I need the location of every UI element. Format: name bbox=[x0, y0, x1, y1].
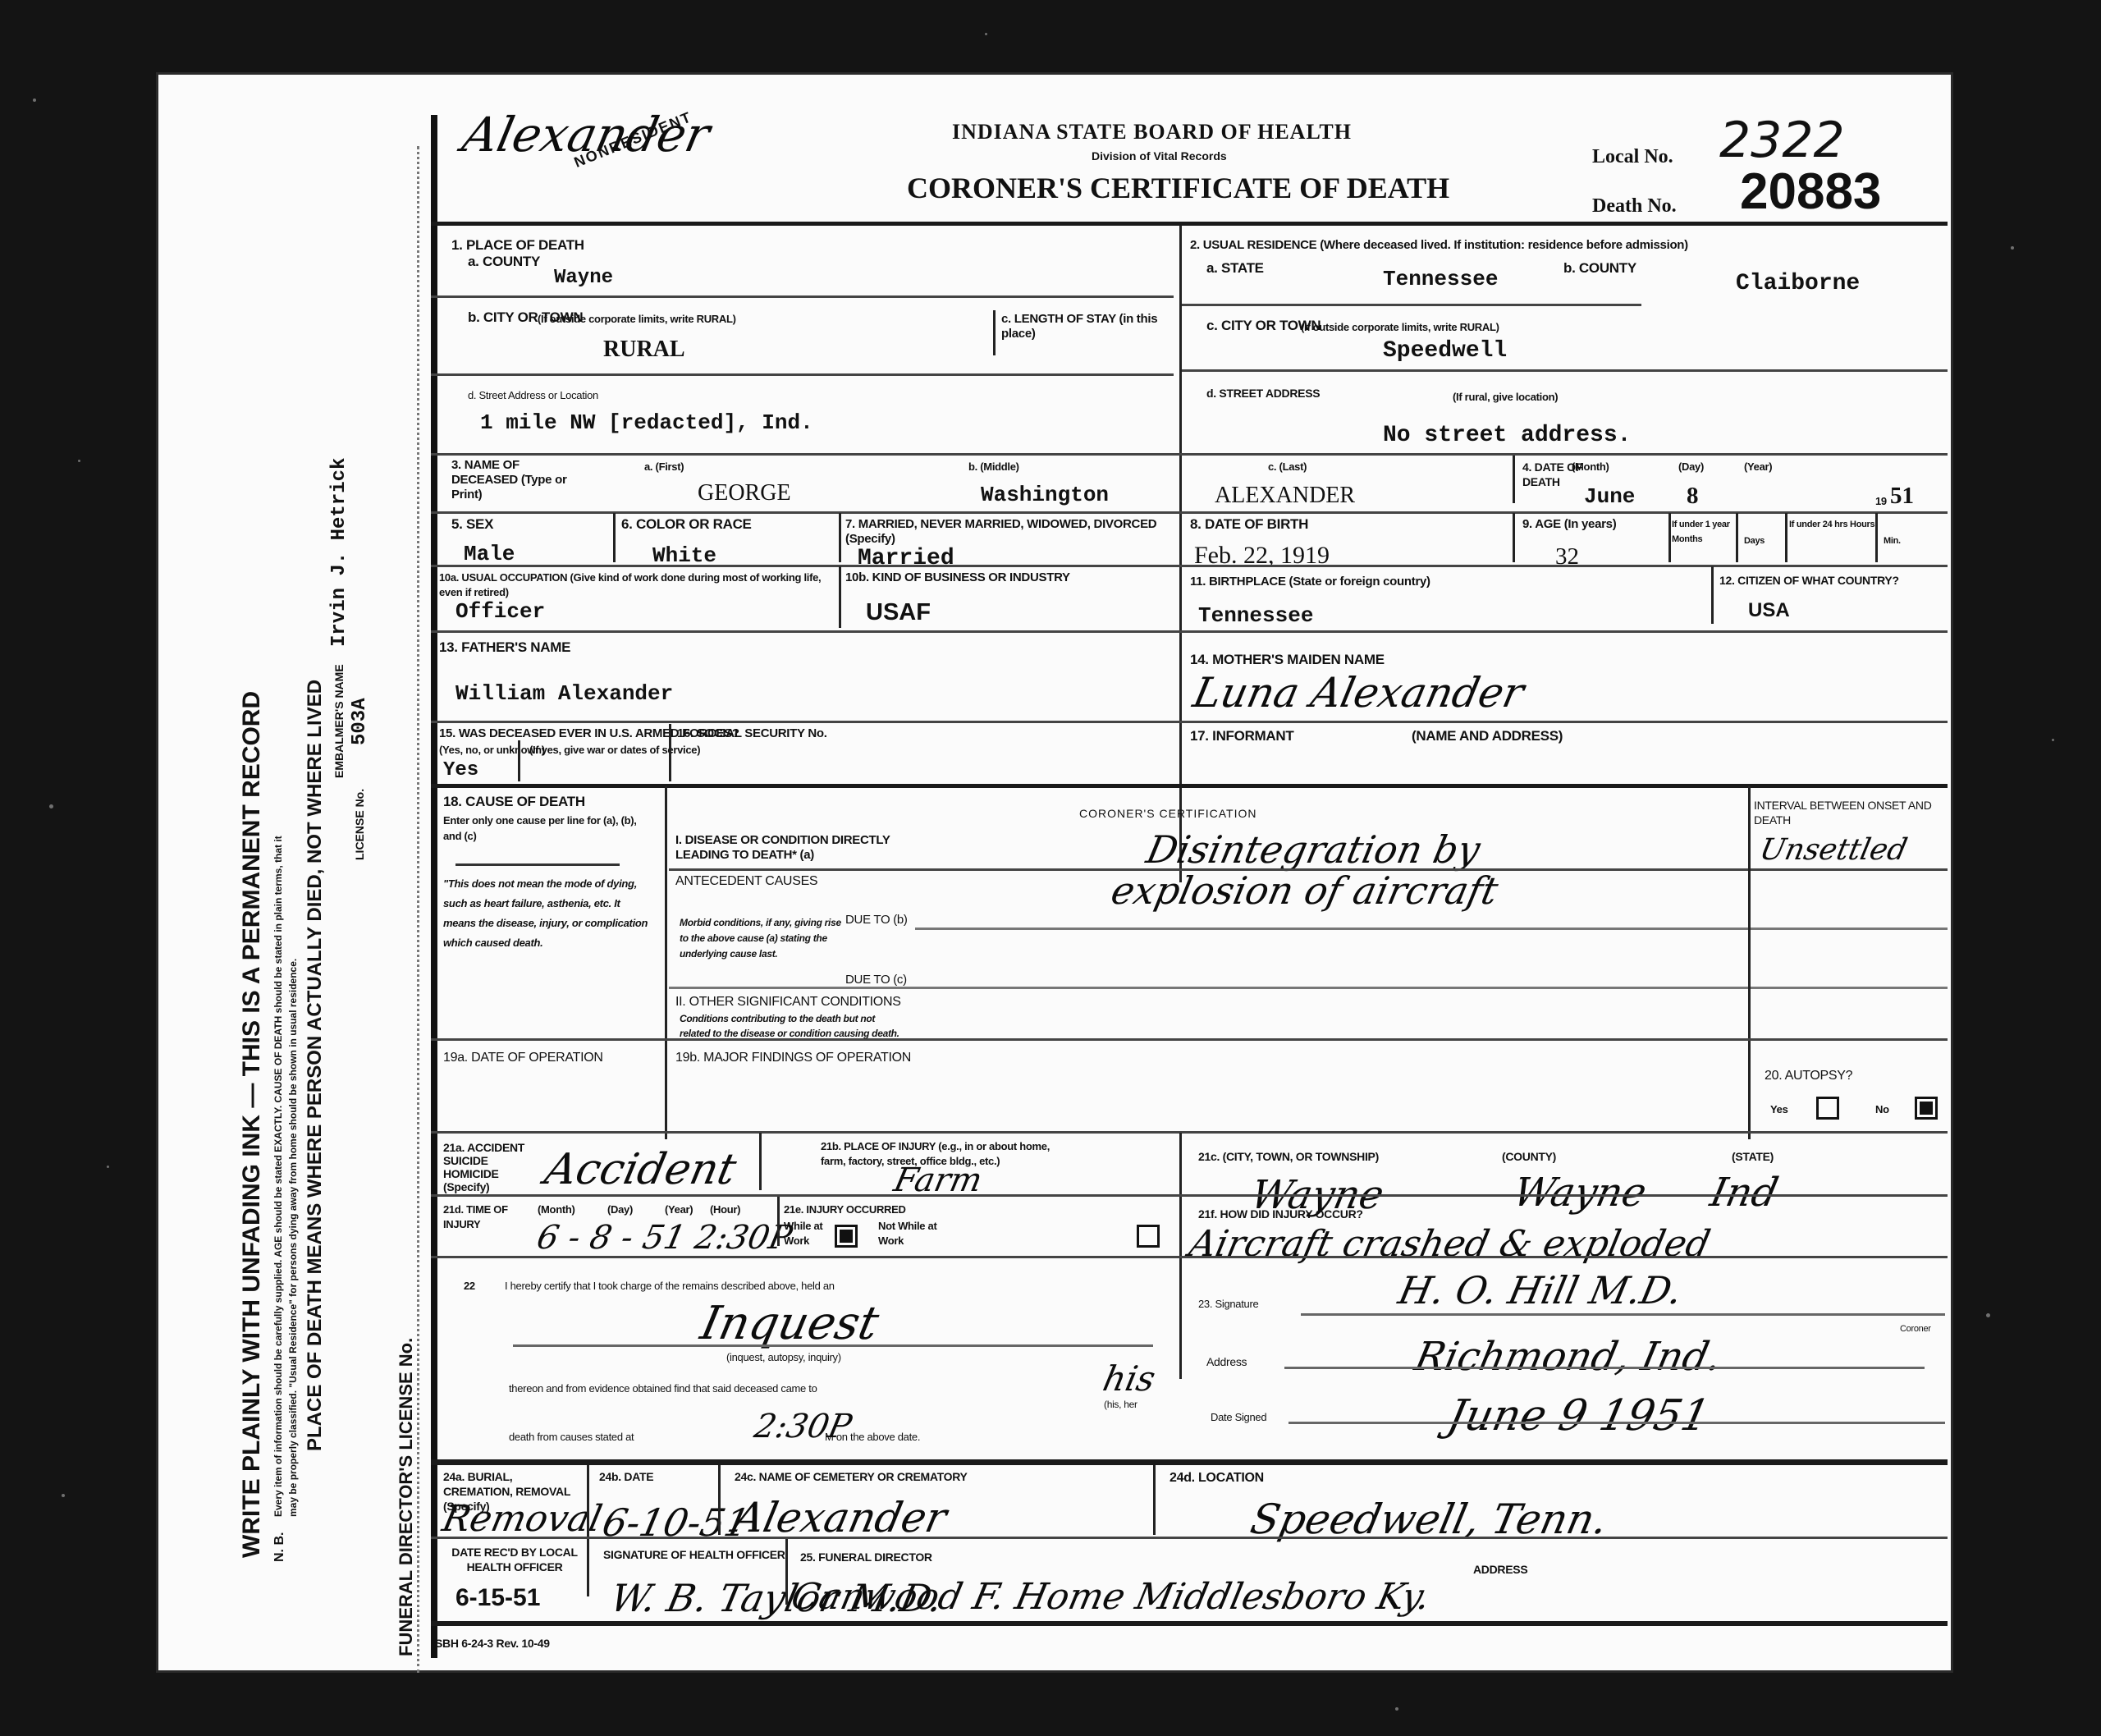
side-note-line2: may be properly classified. "Usual Resid… bbox=[287, 959, 299, 1517]
disease-label: I. DISEASE OR CONDITION DIRECTLY LEADING… bbox=[675, 833, 946, 863]
cause-section-label: 18. CAUSE OF DEATH bbox=[443, 795, 585, 809]
divider bbox=[1711, 566, 1714, 624]
cemetery-value: Alexander bbox=[730, 1494, 951, 1541]
residence-state-value: Tennessee bbox=[1383, 267, 1498, 291]
autopsy-yes-label: Yes bbox=[1770, 1102, 1788, 1117]
father-value: William Alexander bbox=[455, 681, 673, 706]
mother-value: Luna Alexander bbox=[1189, 669, 1528, 717]
funeral-director-license-label: FUNERAL DIRECTOR'S LICENSE No. bbox=[396, 1338, 417, 1656]
pronoun-note: (his, her bbox=[1104, 1397, 1137, 1412]
while-at-work-label: While at Work bbox=[784, 1219, 833, 1248]
divider bbox=[431, 222, 1948, 226]
divider bbox=[513, 1344, 1153, 1347]
divider bbox=[1153, 1465, 1156, 1535]
interval-label: INTERVAL BETWEEN ONSET AND DEATH bbox=[1754, 798, 1943, 827]
divider bbox=[1875, 513, 1878, 562]
birthplace-value: Tennessee bbox=[1198, 603, 1313, 628]
due-to-b: DUE TO (b) bbox=[845, 913, 908, 928]
burial-location-label: 24d. LOCATION bbox=[1170, 1471, 1264, 1486]
divider bbox=[669, 724, 671, 781]
certification-text3: death from causes stated at bbox=[509, 1430, 634, 1445]
certificate-form: Alexander NONRESIDENT INDIANA STATE BOAR… bbox=[431, 115, 1948, 1658]
not-while-at-work-label: Not While at Work bbox=[878, 1219, 952, 1248]
antecedent-label: ANTECEDENT CAUSES bbox=[675, 874, 817, 889]
injury-location-label: 21c. (CITY, TOWN, OR TOWNSHIP) bbox=[1198, 1149, 1379, 1164]
cause-instructions: Enter only one cause per line for (a), (… bbox=[443, 813, 652, 844]
mother-label: 14. MOTHER'S MAIDEN NAME bbox=[1190, 653, 1385, 667]
autopsy-no-label: No bbox=[1875, 1102, 1889, 1117]
not-while-at-work-checkbox[interactable] bbox=[1137, 1225, 1160, 1248]
date-received-value: 6-15-51 bbox=[455, 1584, 540, 1612]
funeral-director-label: 25. FUNERAL DIRECTOR bbox=[800, 1550, 932, 1564]
deceased-name-label: 3. NAME OF DECEASED (Type or Print) bbox=[451, 458, 574, 502]
coroner-signature: H. O. Hill M.D. bbox=[1394, 1268, 1687, 1312]
injury-county-value: Wayne bbox=[1509, 1170, 1650, 1216]
sex-label: 5. SEX bbox=[451, 517, 493, 532]
business-value: USAF bbox=[866, 599, 931, 626]
dod-year-value: 51 bbox=[1890, 483, 1914, 510]
place-of-death-label: 1. PLACE OF DEATH bbox=[451, 238, 584, 253]
age-label: 9. AGE (In years) bbox=[1522, 517, 1616, 532]
residence-label: 2. USUAL RESIDENCE (Where deceased lived… bbox=[1190, 238, 1688, 253]
form-id: SBH 6-24-3 Rev. 10-49 bbox=[435, 1636, 550, 1651]
other-conditions-label: II. OTHER SIGNIFICANT CONDITIONS bbox=[675, 995, 901, 1010]
local-no-value: 2322 bbox=[1719, 112, 1845, 169]
street-label: d. Street Address or Location bbox=[468, 388, 598, 403]
coroner-address-value: Richmond, Ind. bbox=[1411, 1334, 1726, 1380]
ssn-label: 16. SOCIAL SECURITY No. bbox=[677, 726, 827, 741]
divider bbox=[431, 1621, 1948, 1626]
divider bbox=[1182, 304, 1641, 306]
time-day-label: (Day) bbox=[607, 1202, 633, 1217]
last-name-label: c. (Last) bbox=[1268, 460, 1307, 474]
interval-value: Unsettled bbox=[1757, 833, 1911, 867]
coroner-label: Coroner bbox=[1900, 1321, 1931, 1336]
armed-war-note: (If yes, give war or dates of service) bbox=[529, 743, 700, 758]
divider bbox=[839, 566, 841, 628]
dob-label: 8. DATE OF BIRTH bbox=[1190, 517, 1308, 532]
divider bbox=[1301, 1313, 1945, 1316]
age-months-label: If under 1 year Months bbox=[1672, 517, 1746, 547]
divider bbox=[613, 513, 616, 562]
divider bbox=[1284, 1367, 1925, 1369]
time-of-injury-label: 21d. TIME OF INJURY bbox=[443, 1202, 517, 1232]
agency-name: INDIANA STATE BOARD OF HEALTH bbox=[952, 120, 1352, 144]
father-label: 13. FATHER'S NAME bbox=[439, 640, 570, 655]
burial-type-value: Removal bbox=[439, 1498, 606, 1540]
residence-county-label: b. COUNTY bbox=[1563, 261, 1636, 276]
divider bbox=[431, 295, 1174, 298]
injury-state-value: Ind bbox=[1706, 1170, 1783, 1216]
funeral-director-value: Canwood F. Home Middlesboro Ky. bbox=[788, 1576, 1435, 1618]
certification-text3-suffix: M on the above date. bbox=[825, 1430, 920, 1445]
divider bbox=[1736, 513, 1738, 562]
residence-street-note: (If rural, give location) bbox=[1453, 390, 1558, 405]
time-hour-label: (Hour) bbox=[710, 1202, 740, 1217]
age-hours-label: If under 24 hrs Hours bbox=[1789, 517, 1879, 532]
divider bbox=[1668, 513, 1671, 562]
autopsy-yes-checkbox[interactable] bbox=[1816, 1097, 1839, 1120]
time-year-label: (Year) bbox=[665, 1202, 693, 1217]
time-month-label: (Month) bbox=[538, 1202, 575, 1217]
side-note-label: N. B. bbox=[272, 1532, 287, 1562]
pronoun-value: his bbox=[1100, 1358, 1159, 1399]
certification-number: 22 bbox=[464, 1279, 475, 1294]
other-conditions-note: Conditions contributing to the death but… bbox=[680, 1011, 901, 1041]
divider bbox=[431, 1537, 1948, 1539]
morbid-label: Morbid conditions, if any, giving rise t… bbox=[680, 915, 844, 962]
residence-state-label: a. STATE bbox=[1206, 261, 1264, 276]
license-label: LICENSE No. bbox=[353, 789, 366, 860]
date-received-label: DATE REC'D BY LOCAL HEALTH OFFICER bbox=[441, 1545, 588, 1574]
divider bbox=[1289, 1422, 1945, 1424]
divider bbox=[839, 513, 841, 562]
while-at-work-checkbox[interactable] bbox=[835, 1225, 858, 1248]
embalmer-label: EMBALMER'S NAME bbox=[332, 664, 346, 778]
cause-note: "This does not mean the mode of dying, s… bbox=[443, 874, 652, 953]
length-of-stay-label: c. LENGTH OF STAY (in this place) bbox=[1001, 312, 1165, 341]
certification-text2: thereon and from evidence obtained find … bbox=[509, 1381, 817, 1396]
injury-type-label: 21a. ACCIDENT SUICIDE HOMICIDE (Specify) bbox=[443, 1141, 542, 1193]
injury-occurred-label: 21e. INJURY OCCURRED bbox=[784, 1202, 906, 1217]
divider bbox=[718, 1465, 721, 1535]
divider bbox=[759, 1133, 762, 1190]
side-margin: WRITE PLAINLY WITH UNFADING INK — THIS I… bbox=[156, 72, 431, 1673]
middle-name-label: b. (Middle) bbox=[968, 460, 1019, 474]
residence-county-value: Claiborne bbox=[1736, 271, 1860, 296]
dod-year-prefix: 19 bbox=[1875, 494, 1887, 509]
coroner-address-label: Address bbox=[1206, 1354, 1247, 1369]
divider bbox=[915, 928, 1948, 930]
divider bbox=[1513, 456, 1515, 503]
divider bbox=[1748, 786, 1751, 1139]
divider bbox=[669, 987, 1948, 989]
city-note: (If outside corporate limits, write RURA… bbox=[538, 312, 736, 327]
divider bbox=[431, 784, 1948, 788]
form-title: CORONER'S CERTIFICATE OF DEATH bbox=[907, 171, 1449, 205]
armed-forces-value: Yes bbox=[443, 759, 478, 781]
marital-label: 7. MARRIED, NEVER MARRIED, WIDOWED, DIVO… bbox=[845, 517, 1174, 547]
divider bbox=[431, 1194, 1948, 1197]
side-note-line1: Every item of information should be care… bbox=[272, 836, 284, 1517]
divider bbox=[455, 863, 620, 866]
divider bbox=[665, 786, 667, 1139]
divider bbox=[1785, 513, 1787, 562]
marital-value: Married bbox=[858, 546, 954, 571]
divider bbox=[431, 453, 1948, 456]
divider bbox=[431, 511, 1948, 514]
signature-label: 23. Signature bbox=[1198, 1297, 1258, 1312]
last-name-value: ALEXANDER bbox=[1215, 483, 1355, 509]
occupation-value: Officer bbox=[455, 599, 545, 624]
dod-year-label: (Year) bbox=[1744, 460, 1772, 474]
how-injury-value: Aircraft crashed & exploded bbox=[1186, 1223, 1714, 1265]
injury-type-value: Accident bbox=[541, 1145, 741, 1194]
due-to-c: DUE TO (c) bbox=[845, 973, 907, 987]
divider bbox=[669, 868, 1948, 871]
middle-name-value: Washington bbox=[981, 483, 1109, 507]
divider bbox=[431, 1459, 1948, 1465]
divider bbox=[431, 373, 1174, 376]
form-header: Alexander NONRESIDENT INDIANA STATE BOAR… bbox=[431, 115, 1948, 222]
side-dotted-line bbox=[417, 146, 422, 1673]
held-note: (inquest, autopsy, inquiry) bbox=[726, 1350, 841, 1365]
divider bbox=[587, 1465, 589, 1596]
first-name-value: GEORGE bbox=[698, 480, 791, 506]
death-no-label: Death No. bbox=[1592, 195, 1677, 218]
divider bbox=[431, 1131, 1948, 1134]
divider bbox=[785, 1539, 788, 1605]
age-mins-label: Min. bbox=[1884, 534, 1901, 548]
business-label: 10b. KIND OF BUSINESS OR INDUSTRY bbox=[845, 570, 1174, 585]
held-value: Inquest bbox=[696, 1297, 883, 1350]
license-number: 503A bbox=[349, 698, 371, 745]
residence-city-note: (If outside corporate limits, write RURA… bbox=[1301, 320, 1499, 335]
citizen-value: USA bbox=[1748, 599, 1790, 622]
death-street-value: 1 mile NW [redacted], Ind. bbox=[480, 410, 813, 435]
divider bbox=[993, 310, 996, 355]
sex-value: Male bbox=[464, 542, 515, 566]
side-instruction-place: PLACE OF DEATH MEANS WHERE PERSON ACTUAL… bbox=[304, 680, 327, 1451]
autopsy-label: 20. AUTOPSY? bbox=[1765, 1069, 1852, 1083]
divider bbox=[1513, 513, 1515, 562]
race-label: 6. COLOR OR RACE bbox=[621, 517, 752, 532]
date-signed-label: Date Signed bbox=[1211, 1410, 1266, 1425]
informant-note: (NAME AND ADDRESS) bbox=[1412, 729, 1563, 744]
date-signed-value: June 9 1951 bbox=[1444, 1391, 1714, 1441]
injury-county-label: (COUNTY) bbox=[1502, 1149, 1556, 1164]
how-injury-label: 21f. HOW DID INJURY OCCUR? bbox=[1198, 1207, 1363, 1221]
divider bbox=[518, 740, 520, 781]
divider bbox=[431, 630, 1948, 633]
residence-street-value: No street address. bbox=[1383, 423, 1631, 448]
death-county-value: Wayne bbox=[554, 267, 613, 289]
residence-city-value: Speedwell bbox=[1383, 338, 1507, 364]
divider bbox=[431, 721, 1948, 723]
operation-findings-label: 19b. MAJOR FINDINGS OF OPERATION bbox=[675, 1051, 911, 1065]
death-city-value: RURAL bbox=[603, 337, 685, 363]
residence-street-label: d. STREET ADDRESS bbox=[1206, 386, 1320, 401]
divider bbox=[431, 565, 1948, 567]
autopsy-no-checkbox[interactable] bbox=[1915, 1097, 1938, 1120]
injury-state-label: (STATE) bbox=[1732, 1149, 1774, 1164]
local-no-label: Local No. bbox=[1592, 146, 1673, 168]
division-name: Division of Vital Records bbox=[1092, 149, 1227, 163]
dod-day-label: (Day) bbox=[1678, 460, 1704, 474]
coroner-certification-label: CORONER'S CERTIFICATION bbox=[1079, 806, 1257, 821]
citizen-label: 12. CITIZEN OF WHAT COUNTRY? bbox=[1719, 573, 1941, 588]
divider bbox=[431, 1038, 1948, 1041]
county-label: a. COUNTY bbox=[468, 254, 540, 269]
first-name-label: a. (First) bbox=[644, 460, 684, 474]
embalmer-name: Irvin J. Hetrick bbox=[328, 458, 350, 647]
certification-text1: I hereby certify that I took charge of t… bbox=[505, 1279, 835, 1294]
informant-label: 17. INFORMANT bbox=[1190, 729, 1293, 744]
birthplace-label: 11. BIRTHPLACE (State or foreign country… bbox=[1190, 575, 1430, 589]
funeral-address-label: ADDRESS bbox=[1473, 1562, 1527, 1577]
dod-day-value: 8 bbox=[1687, 483, 1699, 510]
dod-month-label: (Month) bbox=[1572, 460, 1609, 474]
divider bbox=[777, 1197, 780, 1246]
health-officer-label: SIGNATURE OF HEALTH OFFICER bbox=[603, 1547, 785, 1562]
side-instruction-main: WRITE PLAINLY WITH UNFADING INK — THIS I… bbox=[238, 691, 266, 1558]
death-no-value: 20883 bbox=[1740, 163, 1881, 221]
burial-date-label: 24b. DATE bbox=[599, 1469, 653, 1484]
operation-date-label: 19a. DATE OF OPERATION bbox=[443, 1051, 657, 1065]
time-of-injury-value: 6 - 8 - 51 2:30P bbox=[533, 1219, 795, 1257]
dod-month-value: June bbox=[1584, 484, 1635, 509]
age-days-label: Days bbox=[1744, 534, 1765, 548]
divider bbox=[1182, 369, 1948, 372]
cemetery-label: 24c. NAME OF CEMETERY OR CREMATORY bbox=[735, 1469, 968, 1484]
occupation-label: 10a. USUAL OCCUPATION (Give kind of work… bbox=[439, 570, 833, 600]
divider bbox=[431, 1256, 1948, 1258]
